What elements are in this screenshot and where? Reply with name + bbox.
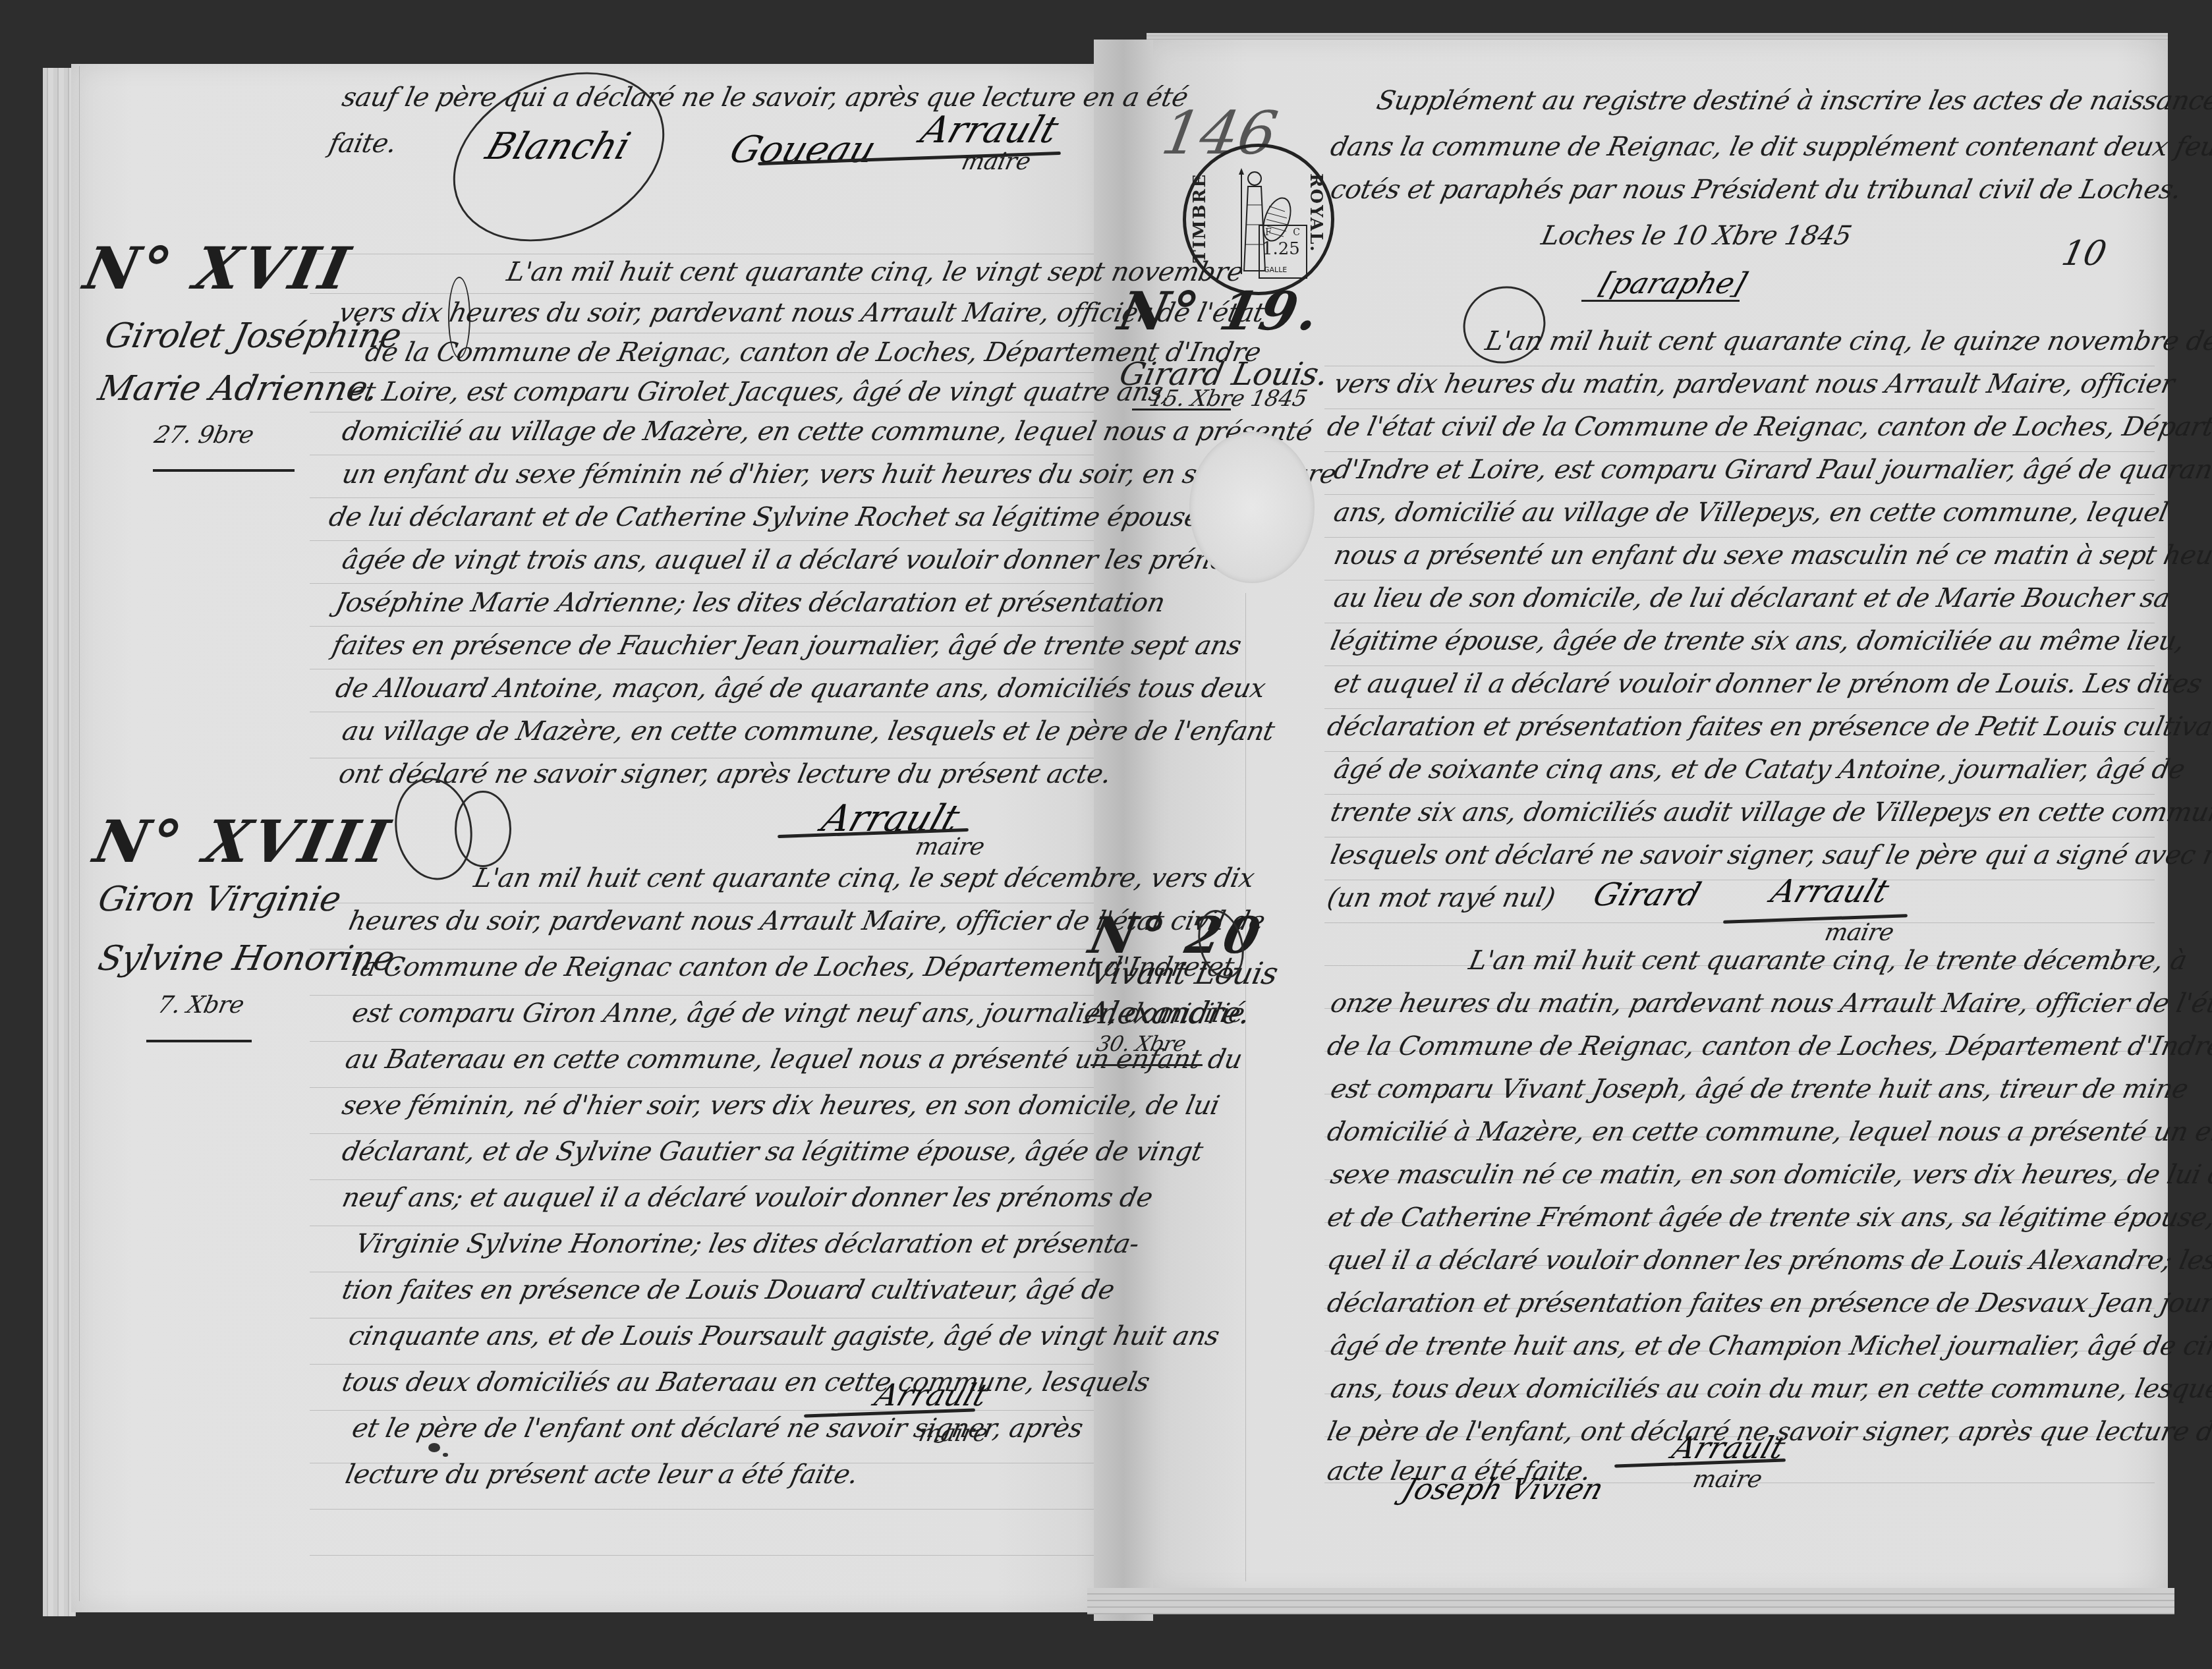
entry-line: cinquante ans, et de Louis Poursault gag…: [346, 1321, 1222, 1351]
entry-name-line-1: Vivant Louis: [1087, 955, 1281, 991]
entry-line: ans, domicilié au village de Villepeys, …: [1331, 497, 2170, 528]
entry-line: au village de Mazère, en cette commune, …: [339, 716, 1277, 747]
entry-line: sexe masculin né ce matin, en son domici…: [1328, 1160, 2212, 1190]
timbre-royal-stamp: TIMBRE ROYAL. F C 1.25 GALLE: [1183, 144, 1334, 295]
entry-line: Joséphine Marie Adrienne; les dites décl…: [333, 588, 1168, 618]
entry-line: ans, tous deux domiciliés au coin du mur…: [1328, 1374, 2212, 1404]
entry-line: lesquels ont déclaré ne savoir signer, s…: [1328, 840, 2212, 870]
entry-line: ont déclaré ne savoir signer, après lect…: [336, 759, 1114, 789]
entry-line: un enfant du sexe féminin né d'hier, ver…: [339, 459, 1339, 490]
entry-line: de l'état civil de la Commune de Reignac…: [1324, 412, 2212, 442]
continuation-line-2: faite.: [326, 128, 399, 159]
entry-line: légitime épouse, âgée de trente six ans,…: [1328, 626, 2187, 656]
entry-line: âgé de trente huit ans, et de Champion M…: [1328, 1331, 2212, 1361]
entry-line: de Allouard Antoine, maçon, âgé de quara…: [333, 673, 1268, 704]
ink-blot: [428, 1443, 440, 1452]
entry-name-line-2: Alexandre.: [1083, 995, 1253, 1031]
entry-line: et de Catherine Frémont âgée de trente s…: [1324, 1202, 2212, 1233]
stamp-engraver: GALLE: [1264, 266, 1287, 274]
signature-blanchi: Blanchi: [480, 125, 635, 168]
corner-mark: 10: [2058, 234, 2110, 273]
entry-line: faites en présence de Fauchier Jean jour…: [329, 631, 1244, 661]
entry-date: 7. Xbre: [156, 992, 246, 1019]
entry-line: tous deux domiciliés au Bateraau en cett…: [339, 1367, 1152, 1398]
entry-line: domicilié au village de Mazère, en cette…: [339, 416, 1315, 447]
signature-goueau: Goueau: [724, 128, 881, 171]
stamp-units: F C: [1265, 227, 1309, 238]
entry-line: tion faites en présence de Louis Douard …: [339, 1275, 1117, 1305]
entry-line: de la Commune de Reignac, canton de Loch…: [1324, 1031, 2212, 1061]
entry-number: N° XVIII: [88, 807, 397, 876]
entry-line: quel il a déclaré vouloir donner les pré…: [1324, 1245, 2212, 1276]
entry-line: vers dix heures du matin, pardevant nous…: [1331, 369, 2177, 399]
mayor-title: maire: [1691, 1466, 1765, 1493]
entry-date: 15. Xbre 1845: [1147, 385, 1310, 412]
entry-line: âgée de vingt trois ans, auquel il a déc…: [339, 545, 1267, 575]
mayor-title: maire: [913, 834, 987, 861]
embossed-dry-seal: [1189, 432, 1315, 583]
entry-number: N° 19.: [1114, 280, 1327, 342]
signature-father: Joseph Vivien: [1398, 1473, 1608, 1506]
entry-date: 30. Xbre: [1094, 1031, 1189, 1056]
entry-line: sexe féminin, né d'hier soir, vers dix h…: [339, 1090, 1222, 1121]
entry-line: et Loire, est comparu Girolet Jacques, â…: [346, 377, 1174, 407]
entry-line: de lui déclarant et de Catherine Sylvine…: [326, 502, 1211, 532]
entry-line: et auquel il a déclaré vouloir donner le…: [1331, 669, 2205, 699]
stamp-text-right: ROYAL.: [1306, 173, 1326, 253]
entry-line: déclaration et présentation faites en pr…: [1324, 1288, 2212, 1318]
entry-name-line-1: Giron Virginie: [95, 880, 345, 919]
header-line: dans la commune de Reignac, le dit suppl…: [1328, 132, 2212, 162]
paraphe-underline: [1581, 300, 1740, 302]
entry-date: 27. 9bre: [152, 422, 256, 449]
entry-divider: [146, 1040, 252, 1042]
entry-line: neuf ans; et auquel il a déclaré vouloir…: [339, 1183, 1155, 1213]
president-paraphe: [paraphe]: [1596, 267, 1751, 300]
signature-mayor: Arrault: [915, 109, 1063, 152]
mayor-title: maire: [959, 148, 1033, 175]
entry-line: déclaration et présentation faites en pr…: [1324, 712, 2212, 742]
entry-line: (un mot rayé nul): [1324, 883, 1558, 913]
entry-divider: [1132, 409, 1231, 410]
entry-line: L'an mil huit cent quarante cinq, le tre…: [1466, 946, 2190, 976]
mayor-title: maire: [917, 1420, 990, 1447]
entry-line: d'Indre et Loire, est comparu Girard Pau…: [1331, 455, 2212, 485]
entry-line: lecture du présent acte leur a été faite…: [343, 1459, 861, 1490]
entry-divider: [1091, 1064, 1203, 1066]
entry-name-line-2: Marie Adrienne.: [95, 369, 382, 409]
header-line: Supplément au registre destiné à inscrir…: [1374, 86, 2212, 116]
entry-line: au lieu de son domicile, de lui déclaran…: [1331, 583, 2172, 613]
header-line: cotés et paraphés par nous Président du …: [1328, 175, 2184, 205]
initial-l-flourish: [455, 791, 511, 867]
entry-line: est comparu Vivant Joseph, âgé de trente…: [1328, 1074, 2191, 1104]
signature-father: Girard: [1589, 876, 1705, 913]
entry-line: déclarant, et de Sylvine Gautier sa légi…: [339, 1137, 1205, 1167]
mayor-title: maire: [1823, 919, 1896, 946]
entry-number: N° XVII: [78, 234, 358, 302]
header-place-date: Loches le 10 Xbre 1845: [1539, 221, 1854, 251]
signature-mayor: Arrault: [870, 1377, 992, 1413]
entry-line: onze heures du matin, pardevant nous Arr…: [1328, 988, 2212, 1019]
entry-line: domicilié à Mazère, en cette commune, le…: [1324, 1117, 2212, 1147]
right-page-bottom-edges: [1087, 1588, 2174, 1614]
ink-blot: [443, 1453, 448, 1457]
stamp-price: 1.25: [1262, 239, 1300, 259]
entry-line: Virginie Sylvine Honorine; les dites déc…: [353, 1229, 1141, 1259]
entry-line: nous a présenté un enfant du sexe mascul…: [1331, 540, 2212, 571]
entry-divider: [153, 469, 295, 472]
entry-line: âgé de soixante cinq ans, et de Cataty A…: [1331, 754, 2188, 785]
entry-line: L'an mil huit cent quarante cinq, le qui…: [1483, 326, 2212, 356]
stamp-text-left: TIMBRE: [1190, 173, 1210, 263]
entry-line: L'an mil huit cent quarante cinq, le sep…: [471, 863, 1257, 893]
entry-line: trente six ans, domiciliés audit village…: [1328, 797, 2212, 828]
signature-mayor: Arrault: [1767, 873, 1894, 910]
